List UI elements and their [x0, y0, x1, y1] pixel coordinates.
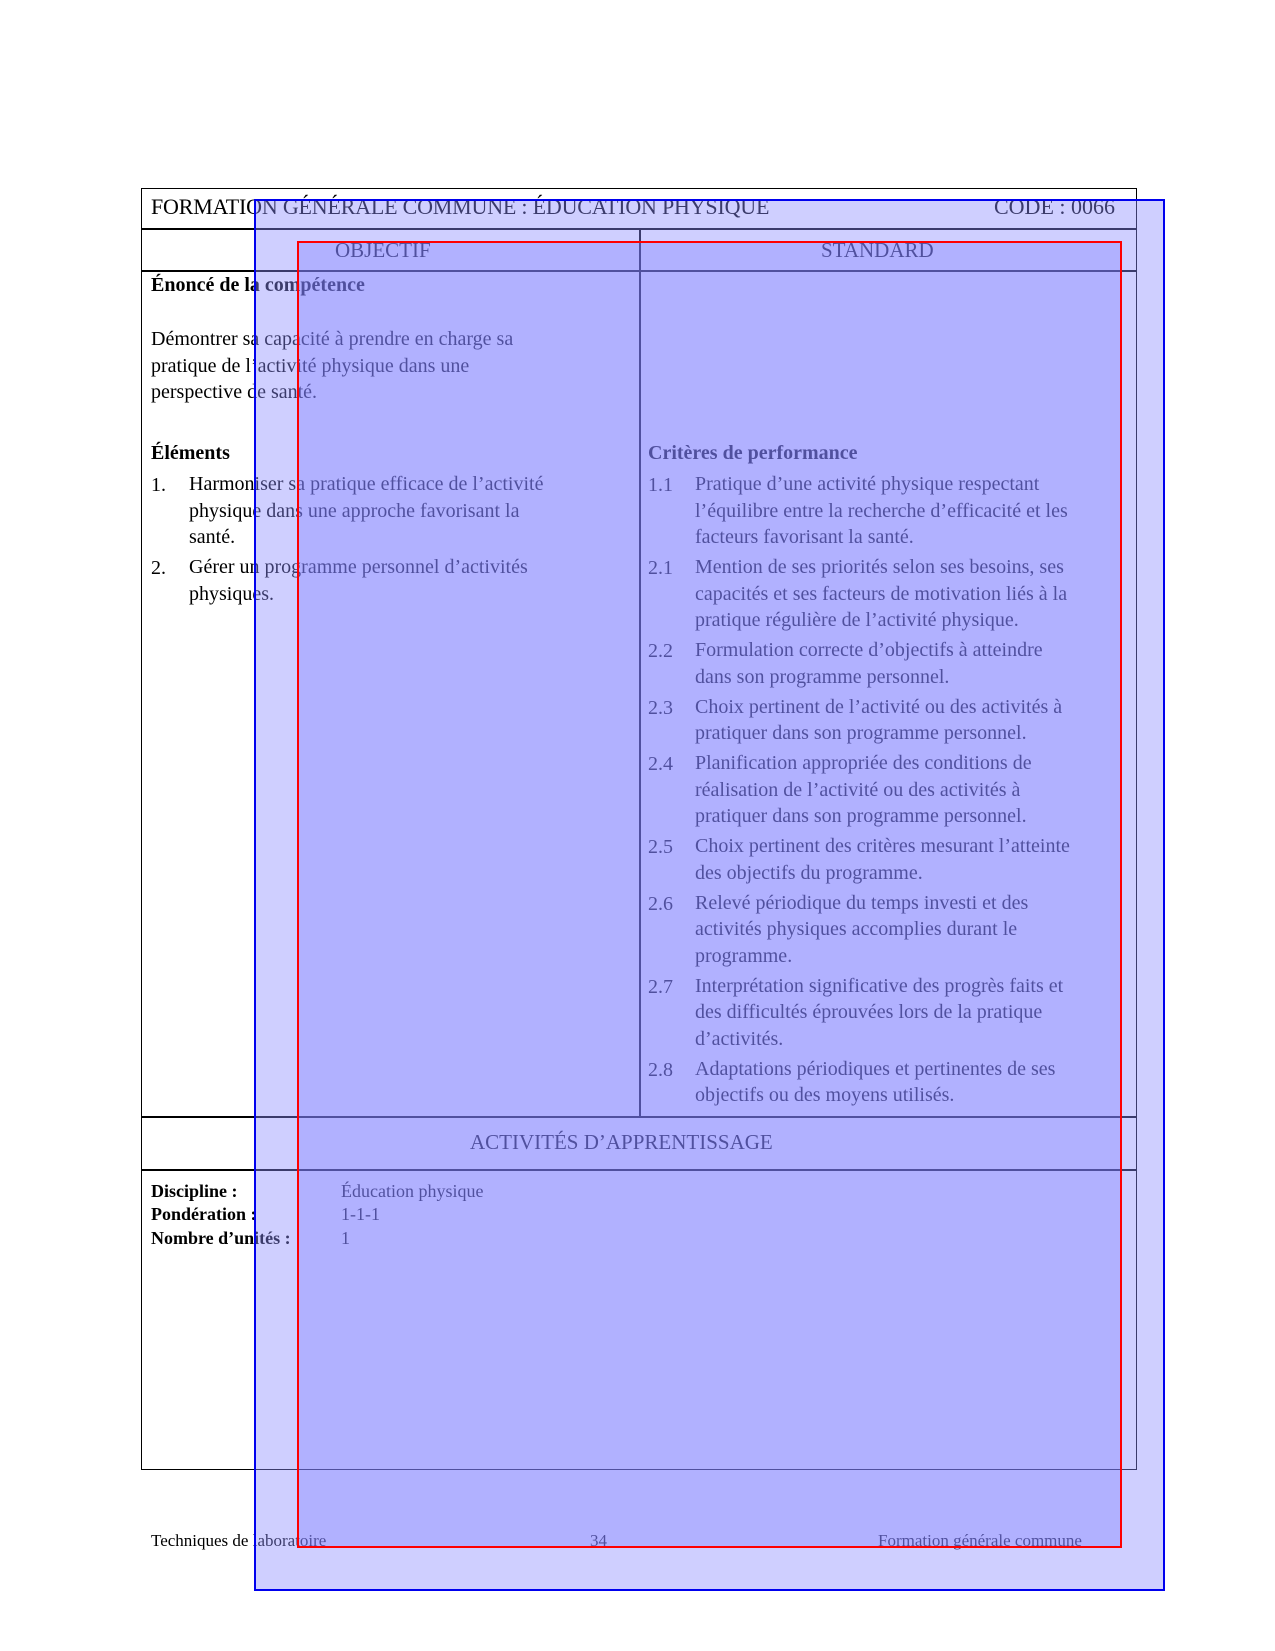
element-number: 2.: [151, 557, 166, 579]
overlay-inner-region: [297, 241, 1122, 1548]
field-label-discipline: Discipline :: [151, 1180, 238, 1202]
field-label-ponderation: Pondération :: [151, 1203, 257, 1225]
element-number: 1.: [151, 474, 166, 496]
elements-heading: Éléments: [151, 442, 230, 464]
